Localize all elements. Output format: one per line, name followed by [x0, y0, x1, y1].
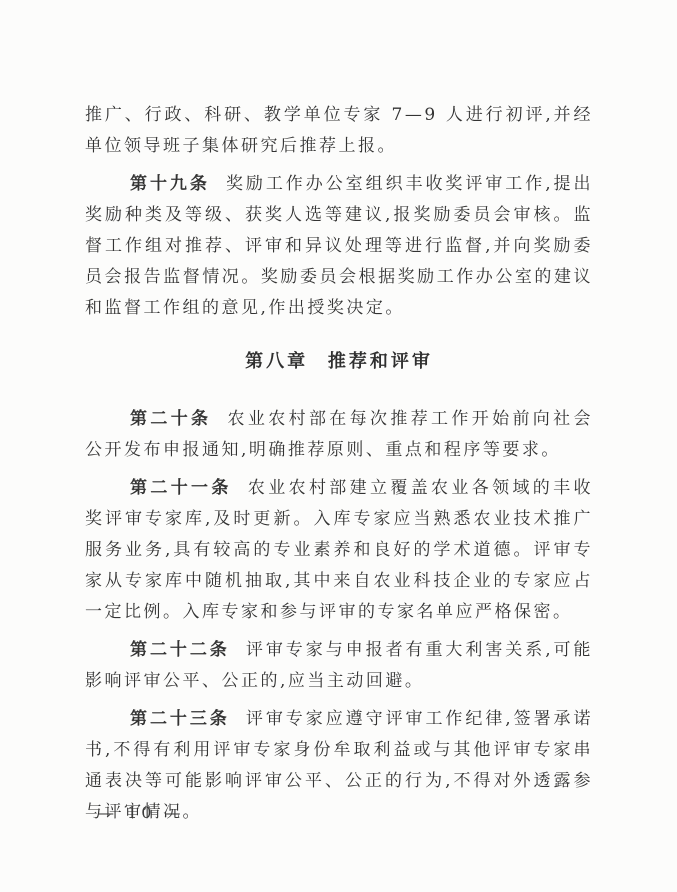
article-number-label: 第二十条 [130, 409, 211, 428]
paragraph-text: 奖励工作办公室组织丰收奖评审工作,提出奖励种类及等级、获奖人选等建议,报奖励委员… [85, 174, 593, 318]
paragraph-article-22: 第二十二条评审专家与申报者有重大利害关系,可能影响评审公平、公正的,应当主动回避… [85, 634, 593, 697]
chapter-heading: 第八章推荐和评审 [85, 346, 593, 377]
paragraph-continuation: 推广、行政、科研、教学单位专家 7—9 人进行初评,并经单位领导班子集体研究后推… [85, 100, 593, 162]
page-number: — 10 — [98, 803, 185, 822]
paragraph-article-21: 第二十一条农业农村部建立覆盖农业各领域的丰收奖评审专家库,及时更新。入库专家应当… [85, 472, 593, 628]
paragraph-text: 农业农村部建立覆盖农业各领域的丰收奖评审专家库,及时更新。入库专家应当熟悉农业技… [85, 478, 593, 622]
paragraph-article-20: 第二十条农业农村部在每次推荐工作开始前向社会公开发布申报通知,明确推荐原则、重点… [85, 403, 593, 466]
chapter-number: 第八章 [245, 351, 308, 371]
document-page: 推广、行政、科研、教学单位专家 7—9 人进行初评,并经单位领导班子集体研究后推… [0, 0, 677, 892]
article-number-label: 第二十三条 [130, 709, 230, 728]
chapter-title: 推荐和评审 [328, 351, 433, 371]
article-number-label: 第十九条 [130, 174, 210, 193]
paragraph-text: 推广、行政、科研、教学单位专家 7—9 人进行初评,并经单位领导班子集体研究后推… [85, 105, 593, 156]
article-number-label: 第二十一条 [130, 478, 232, 497]
paragraph-article-19: 第十九条奖励工作办公室组织丰收奖评审工作,提出奖励种类及等级、获奖人选等建议,报… [85, 168, 593, 324]
document-body: 推广、行政、科研、教学单位专家 7—9 人进行初评,并经单位领导班子集体研究后推… [85, 0, 593, 828]
article-number-label: 第二十二条 [130, 640, 230, 659]
